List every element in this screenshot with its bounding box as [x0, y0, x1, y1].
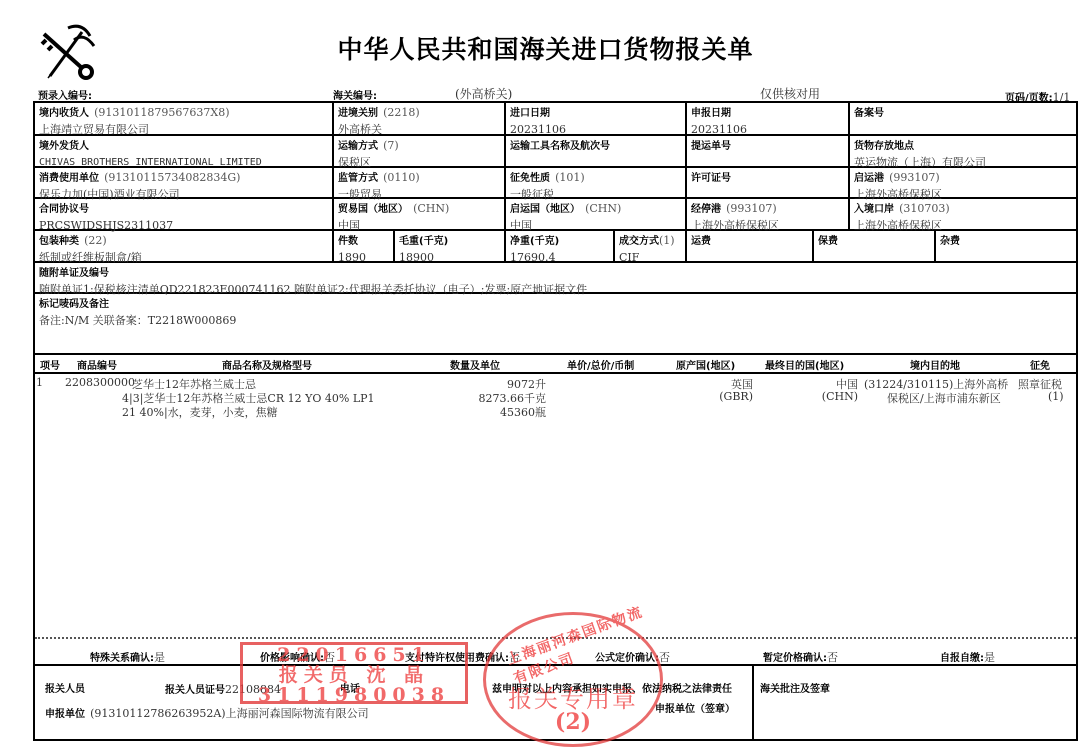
- col-origin: 原产国(地区): [676, 357, 735, 372]
- item-no: 1: [36, 376, 43, 389]
- page-title: 中华人民共和国海关进口货物报关单: [0, 30, 1091, 66]
- customs-no-label: 海关编号:: [333, 87, 377, 102]
- pieces-label: 件数: [338, 236, 358, 247]
- supervision-label: 监管方式: [338, 173, 378, 184]
- consignee-value: 上海靖立贸易有限公司: [39, 123, 328, 137]
- gross-weight-label: 毛重(千克): [399, 236, 448, 247]
- trade-country-label: 贸易国（地区）: [338, 204, 408, 215]
- package-type-field: 包装种类 (22) 纸制或纤维板制盒/箱: [35, 231, 332, 266]
- stamp-line-1: 22016651: [243, 645, 465, 665]
- levy-nature-field: 征免性质 (101) 一般征税: [506, 168, 685, 203]
- record-no-label: 备案号: [854, 108, 884, 119]
- origin-country-label: 启运国（地区）: [510, 204, 580, 215]
- vessel-field: 运输工具名称及航次号: [506, 136, 685, 155]
- transaction-mode-field: 成交方式(1) CIF: [615, 231, 685, 266]
- entry-customs-label: 进境关别: [338, 108, 378, 119]
- freight-field: 运费: [687, 231, 812, 250]
- col-hs-code: 商品编号: [77, 357, 117, 372]
- origin-country-field: 启运国（地区） (CHN) 中国: [506, 199, 685, 234]
- misc-fee-field: 杂费: [936, 231, 1076, 250]
- net-weight-field: 净重(千克) 17690.4: [506, 231, 613, 266]
- transaction-mode-code: (1): [659, 234, 675, 247]
- marks-label: 标记唛码及备注: [39, 299, 109, 310]
- hs-code: 2208300000: [65, 376, 135, 389]
- package-type-code: (22): [84, 234, 107, 247]
- confirmation-provisional-price: 暂定价格确认:否: [763, 646, 838, 665]
- col-name-spec: 商品名称及规格型号: [222, 357, 312, 372]
- bill-no-label: 提运单号: [691, 141, 731, 152]
- transit-port-code: (993107): [726, 202, 777, 215]
- consignee-code: (91310118795676​37X8): [94, 106, 229, 119]
- transport-mode-code: (7): [383, 139, 399, 152]
- seal-number: (2): [486, 709, 660, 735]
- entry-port-field: 入境口岸 (310703) 上海外高桥保税区: [850, 199, 1076, 234]
- entry-port-label: 入境口岸: [854, 204, 894, 215]
- stamp-line-3: 3111980038: [243, 685, 465, 705]
- misc-fee-label: 杂费: [940, 236, 960, 247]
- marks-field: 标记唛码及备注 备注:N/M 关联备案：T2218W000869: [35, 294, 1075, 329]
- col-domestic-dest: 境内目的地: [910, 357, 960, 372]
- transaction-mode-label: 成交方式: [619, 236, 659, 247]
- seal-label: 申报单位（签章）: [655, 700, 735, 715]
- net-weight-label: 净重(千克): [510, 236, 559, 247]
- watermark-note: 仅供核对用: [760, 85, 820, 102]
- company-seal-stamp: 上海丽河森国际物流有限公司 报关专用章 (2): [483, 612, 663, 747]
- supervision-field: 监管方式 (0110) 一般贸易: [334, 168, 504, 203]
- freight-label: 运费: [691, 236, 711, 247]
- customs-approval-label: 海关批注及签章: [760, 680, 830, 695]
- departure-port-code: (993107): [889, 171, 940, 184]
- license-no-field: 许可证号: [687, 168, 848, 187]
- supervision-code: (0110): [383, 171, 420, 184]
- origin-country-code: (CHN): [585, 202, 621, 215]
- confirmation-self-declare: 自报自缴:是: [940, 646, 995, 665]
- consumer-field: 消费使用单位 (91310115734082834G) 保乐力加(中国)酒业有限…: [35, 168, 332, 203]
- levy-nature-label: 征免性质: [510, 173, 550, 184]
- shipper-field: 境外发货人 CHIVAS BROTHERS INTERNATIONAL LIMI…: [35, 136, 332, 171]
- declarant-label: 报关人员: [45, 680, 85, 695]
- entry-customs-code: (2218): [383, 106, 420, 119]
- col-destination: 最终目的国(地区): [765, 357, 844, 372]
- trade-country-code: (CHN): [413, 202, 449, 215]
- insurance-label: 保费: [818, 236, 838, 247]
- departure-port-label: 启运港: [854, 173, 884, 184]
- record-no-field: 备案号: [850, 103, 1076, 122]
- entry-customs-field: 进境关别 (2218) 外高桥关: [334, 103, 504, 138]
- package-type-label: 包装种类: [39, 236, 79, 247]
- declare-date-label: 申报日期: [691, 108, 731, 119]
- col-levy: 征免: [1030, 357, 1050, 372]
- consumer-label: 消费使用单位: [39, 173, 99, 184]
- transit-port-field: 经停港 (993107) 上海外高桥保税区: [687, 199, 848, 234]
- levy-nature-code: (101): [555, 171, 585, 184]
- customs-office: (外高桥关): [455, 85, 512, 102]
- consumer-code: (91310115734082834G): [104, 171, 240, 184]
- entry-customs-value: 外高桥关: [338, 123, 500, 137]
- import-date-field: 进口日期 20231106: [506, 103, 685, 138]
- marks-value: 备注:N/M 关联备案：T2218W000869: [39, 314, 1071, 328]
- attached-docs-field: 随附单证及编号 随附单证1:保税核注清单QD221823E000741162 随…: [35, 263, 1075, 298]
- storage-place-label: 货物存放地点: [854, 141, 914, 152]
- transit-port-label: 经停港: [691, 204, 721, 215]
- stamp-line-2: 报关员 沈 晶: [243, 665, 465, 685]
- attached-docs-label: 随附单证及编号: [39, 268, 109, 279]
- confirmation-special-relation: 特殊关系确认:是: [90, 646, 165, 665]
- col-item-no: 项号: [40, 357, 60, 372]
- levy-code: (1): [1048, 390, 1064, 403]
- origin-code: (GBR): [719, 390, 753, 403]
- gross-weight-field: 毛重(千克) 18900: [395, 231, 504, 266]
- import-date-value: 20231106: [510, 123, 681, 137]
- domestic-dest-line-2: 保税区/上海市浦东新区: [887, 390, 1001, 406]
- declarant-stamp: 22016651 报关员 沈 晶 3111980038: [240, 642, 468, 704]
- transport-mode-field: 运输方式 (7) 保税区: [334, 136, 504, 171]
- bill-no-field: 提运单号: [687, 136, 848, 155]
- declare-date-field: 申报日期 20231106: [687, 103, 848, 138]
- transport-mode-label: 运输方式: [338, 141, 378, 152]
- consignee-label: 境内收货人: [39, 108, 89, 119]
- vessel-label: 运输工具名称及航次号: [510, 141, 610, 152]
- col-price: 单价/总价/币制: [567, 357, 634, 372]
- consignee-field: 境内收货人 (91310118795676​37X8) 上海靖立贸易有限公司: [35, 103, 332, 138]
- license-no-label: 许可证号: [691, 173, 731, 184]
- insurance-field: 保费: [814, 231, 934, 250]
- contract-no-label: 合同协议号: [39, 204, 89, 215]
- product-spec-line-2: 21 40%|水，麦芽，小麦，焦糖: [122, 404, 278, 420]
- destination-code: (CHN): [822, 390, 858, 403]
- col-quantity: 数量及单位: [450, 357, 500, 372]
- entry-port-code: (310703): [899, 202, 950, 215]
- import-date-label: 进口日期: [510, 108, 550, 119]
- departure-port-field: 启运港 (993107) 上海外高桥保税区: [850, 168, 1076, 203]
- quantity-3: 45360瓶: [500, 404, 546, 420]
- pre-entry-no-label: 预录入编号:: [38, 87, 92, 102]
- shipper-label: 境外发货人: [39, 141, 89, 152]
- pieces-field: 件数 1890: [334, 231, 393, 266]
- declare-date-value: 20231106: [691, 123, 844, 137]
- trade-country-field: 贸易国（地区） (CHN) 中国: [334, 199, 504, 234]
